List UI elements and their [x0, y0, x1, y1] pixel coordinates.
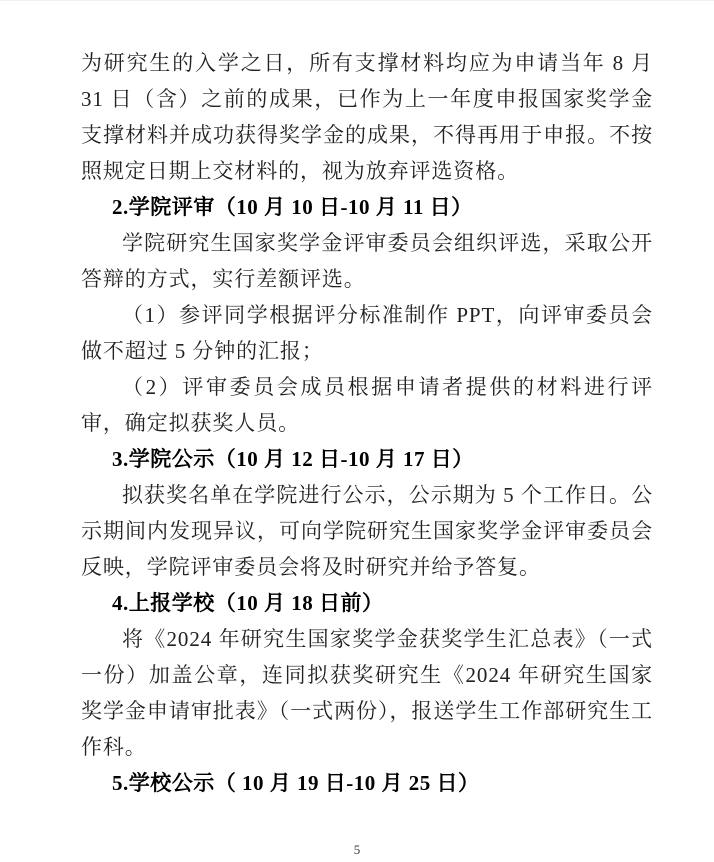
document-content: 为研究生的入学之日，所有支撑材料均应为申请当年 8 月 31 日（含）之前的成果…	[81, 45, 653, 801]
section-heading-report-to-university: 4.上报学校（10 月 18 日前）	[81, 585, 653, 621]
paragraph-item-2-material-review: （2）评审委员会成员根据申请者提供的材料进行评审，确定拟获奖人员。	[81, 369, 653, 441]
paragraph-materials-deadline: 为研究生的入学之日，所有支撑材料均应为申请当年 8 月 31 日（含）之前的成果…	[81, 45, 653, 189]
document-page: 为研究生的入学之日，所有支撑材料均应为申请当年 8 月 31 日（含）之前的成果…	[0, 0, 714, 862]
paragraph-report-forms: 将《2024 年研究生国家奖学金获奖学生汇总表》（一式一份）加盖公章，连同拟获奖…	[81, 621, 653, 765]
paragraph-item-1-ppt-presentation: （1）参评同学根据评分标准制作 PPT，向评审委员会做不超过 5 分钟的汇报；	[81, 297, 653, 369]
page-number: 5	[0, 842, 714, 858]
paragraph-publicity-period: 拟获奖名单在学院进行公示，公示期为 5 个工作日。公示期间内发现异议，可向学院研…	[81, 477, 653, 585]
paragraph-review-committee: 学院研究生国家奖学金评审委员会组织评选，采取公开答辩的方式，实行差额评选。	[81, 225, 653, 297]
section-heading-college-review: 2.学院评审（10 月 10 日-10 月 11 日）	[81, 189, 653, 225]
section-heading-university-publicity: 5.学校公示（ 10 月 19 日-10 月 25 日）	[81, 765, 653, 801]
section-heading-college-publicity: 3.学院公示（10 月 12 日-10 月 17 日）	[81, 441, 653, 477]
